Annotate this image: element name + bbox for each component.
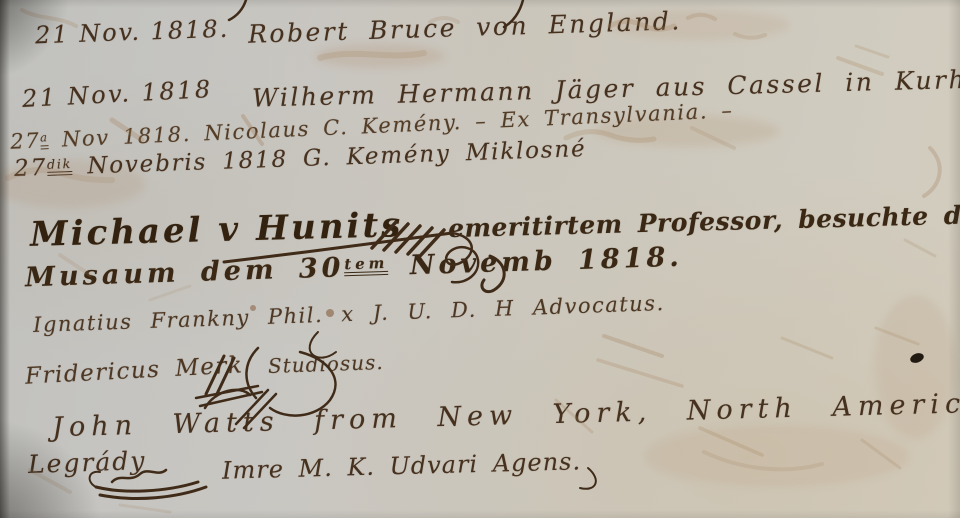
entry-7-text: Studiosus. [268, 350, 384, 378]
entry-1-text: Robert Bruce von England. [248, 6, 683, 49]
entry-5-text: emeritirtem Professor, besuchte das [448, 200, 960, 243]
entry-9-name: Legrády [28, 446, 147, 479]
entry-9-text: Imre M. K. Udvari Agens. [222, 447, 582, 484]
entry-1-date: 21 Nov. 1818. [35, 15, 230, 50]
stain-patch [645, 425, 910, 487]
entry-2-date: 21 Nov. 1818 [21, 75, 213, 113]
entry-4-day: 27 [14, 155, 48, 182]
watts-crossing-flourish [196, 386, 262, 408]
entry-5-line2-ordinal: tem [344, 255, 389, 276]
entry-5-line2-b: Novemb 1818. [409, 242, 683, 282]
entry-7-name: Fridericus Merk [24, 352, 243, 389]
entry-5-name: Michael v Hunits [30, 205, 404, 255]
entry-8-text: John Watts from New York, North America [52, 388, 960, 444]
entry-3-day: 27 [10, 128, 41, 153]
entry-4-ordinal: dik [47, 158, 73, 177]
entry-3-ordinal: a [40, 132, 49, 149]
stain-patch [315, 44, 445, 68]
register-page: 21 Nov. 1818. Robert Bruce von England. … [0, 0, 960, 518]
entry-6-text: Ignatius Frankny Phil. x J. U. D. H Advo… [33, 291, 665, 337]
agens-tail-flourish [580, 468, 596, 489]
entry-5-line2-a: Musaum dem 30 [25, 252, 345, 293]
